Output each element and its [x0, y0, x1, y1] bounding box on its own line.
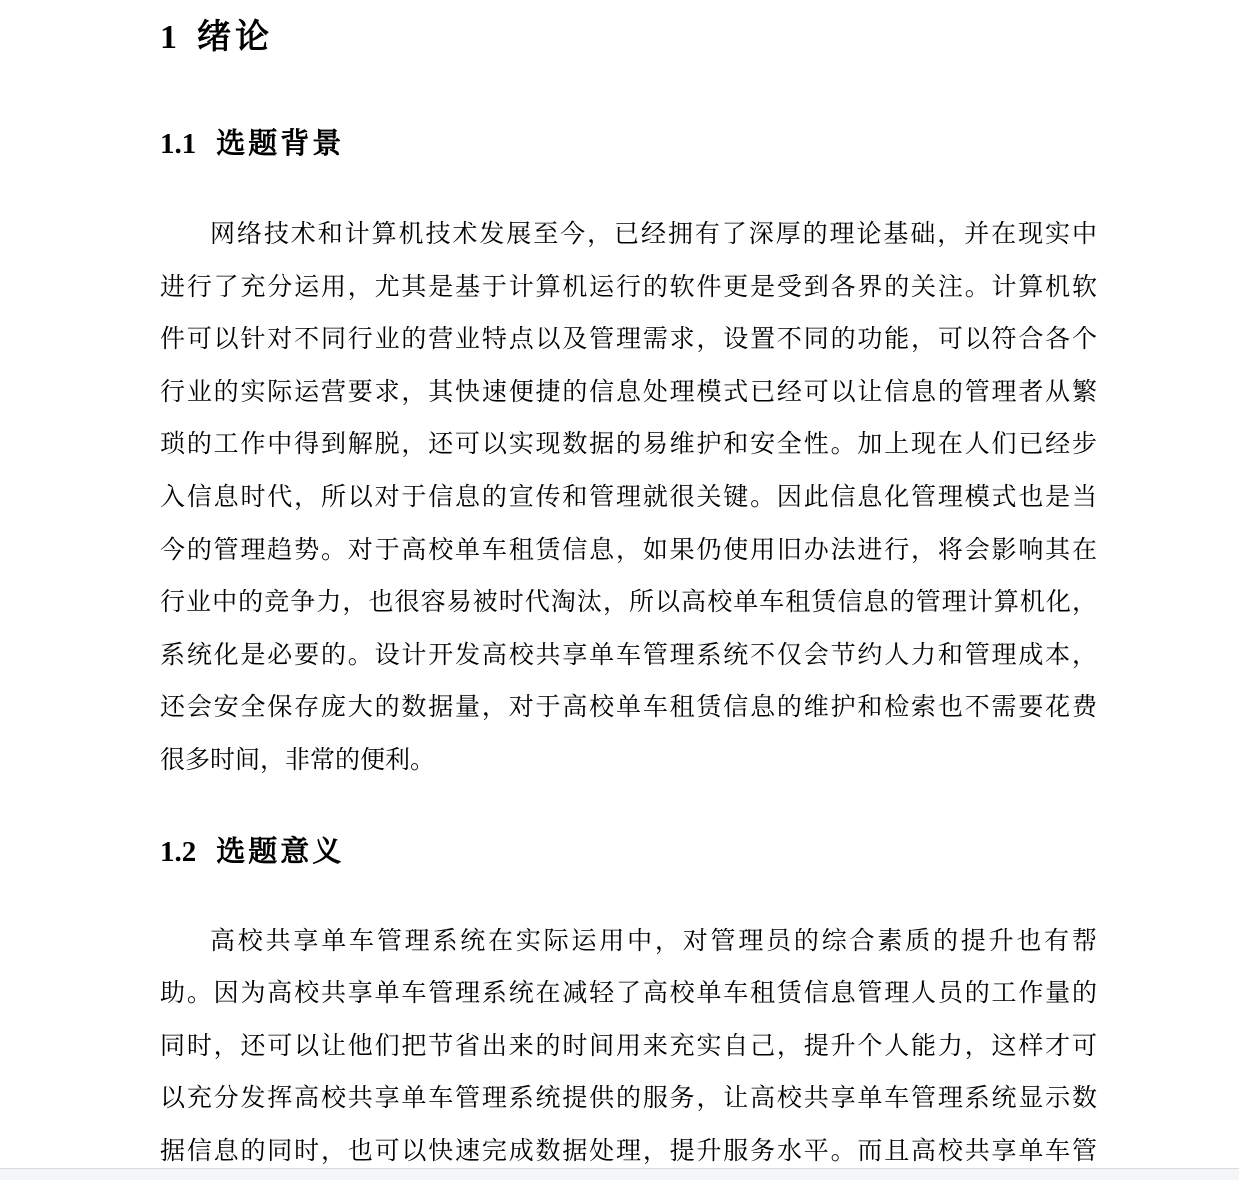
window-bottom-strip: [0, 1168, 1239, 1180]
paragraph-line: 进行了充分运用，尤其是基于计算机运行的软件更是受到各界的关注。计算机软: [160, 262, 1097, 315]
section-heading-1-1: 1.1选题背景: [160, 125, 1097, 163]
paragraph-line: 琐的工作中得到解脱，还可以实现数据的易维护和安全性。加上现在人们已经步: [160, 419, 1097, 472]
paragraph-line: 网络技术和计算机技术发展至今，已经拥有了深厚的理论基础，并在现实中: [160, 209, 1097, 262]
paragraph-line: 同时，还可以让他们把节省出来的时间用来充实自己，提升个人能力，这样才可: [160, 1021, 1097, 1074]
paragraph-line: 很多时间，非常的便利。: [160, 735, 1097, 788]
paragraph-line: 系统化是必要的。设计开发高校共享单车管理系统不仅会节约人力和管理成本，: [160, 630, 1097, 683]
section-heading-1-2: 1.2选题意义: [160, 833, 1097, 871]
paragraph-line: 行业的实际运营要求，其快速便捷的信息处理模式已经可以让信息的管理者从繁: [160, 367, 1097, 420]
section-title: 选题背景: [216, 128, 344, 160]
paragraph-line: 以充分发挥高校共享单车管理系统提供的服务，让高校共享单车管理系统显示数: [160, 1073, 1097, 1126]
paragraph-line: 还会安全保存庞大的数据量，对于高校单车租赁信息的维护和检索也不需要花费: [160, 682, 1097, 735]
paragraph-line: 高校共享单车管理系统在实际运用中，对管理员的综合素质的提升也有帮: [160, 916, 1097, 969]
chapter-heading: 1绪论: [160, 0, 1097, 61]
paragraph-line: 行业中的竞争力，也很容易被时代淘汰，所以高校单车租赁信息的管理计算机化，: [160, 577, 1097, 630]
chapter-title: 绪论: [197, 18, 273, 56]
document-page: 1绪论 1.1选题背景 网络技术和计算机技术发展至今，已经拥有了深厚的理论基础，…: [0, 0, 1239, 1180]
paragraph-line: 入信息时代，所以对于信息的宣传和管理就很关键。因此信息化管理模式也是当: [160, 472, 1097, 525]
paragraph-line: 件可以针对不同行业的营业特点以及管理需求，设置不同的功能，可以符合各个: [160, 314, 1097, 367]
section-number: 1.1: [160, 128, 196, 160]
section-number: 1.2: [160, 836, 196, 868]
chapter-number: 1: [160, 19, 177, 56]
paragraph-significance: 高校共享单车管理系统在实际运用中，对管理员的综合素质的提升也有帮 助。因为高校共…: [160, 916, 1097, 1179]
paragraph-background: 网络技术和计算机技术发展至今，已经拥有了深厚的理论基础，并在现实中 进行了充分运…: [160, 209, 1097, 788]
paragraph-line: 助。因为高校共享单车管理系统在减轻了高校单车租赁信息管理人员的工作量的: [160, 968, 1097, 1021]
paragraph-line: 今的管理趋势。对于高校单车租赁信息，如果仍使用旧办法进行，将会影响其在: [160, 525, 1097, 578]
section-title: 选题意义: [216, 836, 344, 868]
